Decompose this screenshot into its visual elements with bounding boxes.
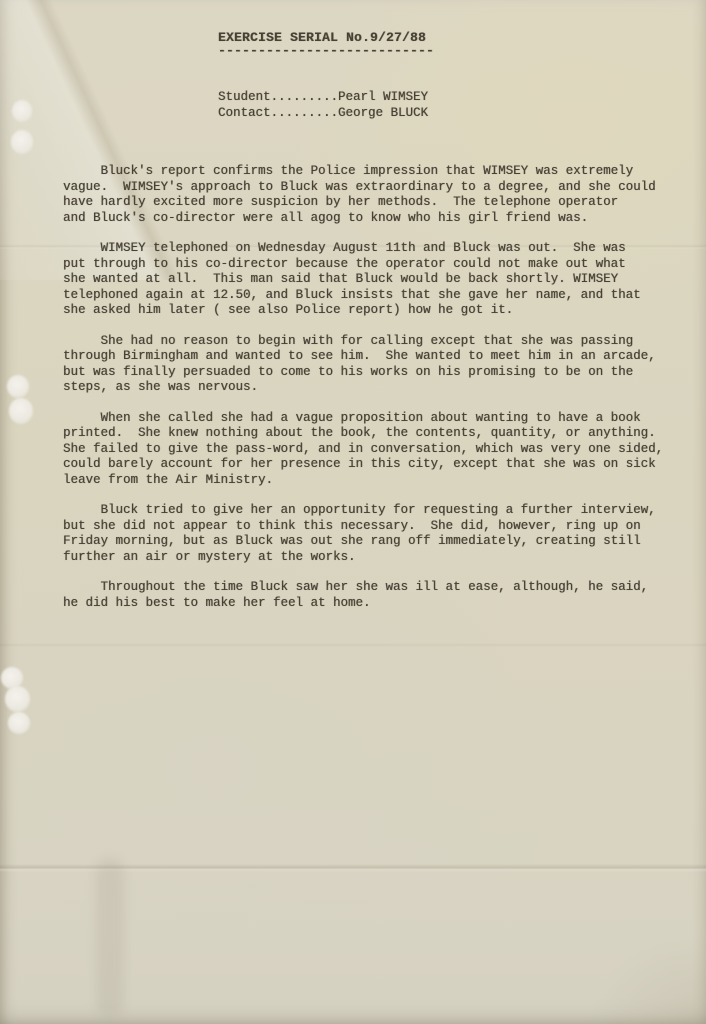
body-paragraph-5: Bluck tried to give her an opportunity f… bbox=[63, 503, 693, 565]
scanned-document-page: EXERCISE SERIAL No.9/27/88 -------------… bbox=[0, 0, 706, 1024]
body-paragraph-3: She had no reason to begin with for call… bbox=[63, 334, 693, 396]
punch-hole-mark bbox=[7, 375, 29, 398]
punch-hole-mark bbox=[1, 667, 23, 689]
corner-stain bbox=[586, 934, 706, 1024]
punch-hole-mark bbox=[8, 712, 30, 734]
document-header: EXERCISE SERIAL No.9/27/88 -------------… bbox=[218, 30, 434, 55]
body-paragraph-2: WIMSEY telephoned on Wednesday August 11… bbox=[63, 241, 693, 319]
smudge-streak bbox=[96, 858, 124, 1016]
horizontal-crease bbox=[0, 643, 706, 647]
student-line: Student.........Pearl WIMSEY bbox=[218, 89, 428, 105]
horizontal-crease bbox=[0, 864, 706, 872]
report-body: Bluck's report confirms the Police impre… bbox=[63, 164, 693, 626]
punch-hole-mark bbox=[9, 398, 33, 424]
student-contact-block: Student.........Pearl WIMSEY Contact....… bbox=[218, 89, 428, 121]
body-paragraph-4: When she called she had a vague proposit… bbox=[63, 411, 693, 489]
title-underline: --------------------------- bbox=[218, 47, 434, 55]
body-paragraph-1: Bluck's report confirms the Police impre… bbox=[63, 164, 693, 226]
body-paragraph-6: Throughout the time Bluck saw her she wa… bbox=[63, 580, 693, 611]
punch-hole-mark bbox=[11, 130, 33, 154]
punch-hole-mark bbox=[12, 100, 32, 122]
punch-hole-mark bbox=[5, 686, 30, 712]
contact-line: Contact.........George BLUCK bbox=[218, 105, 428, 121]
